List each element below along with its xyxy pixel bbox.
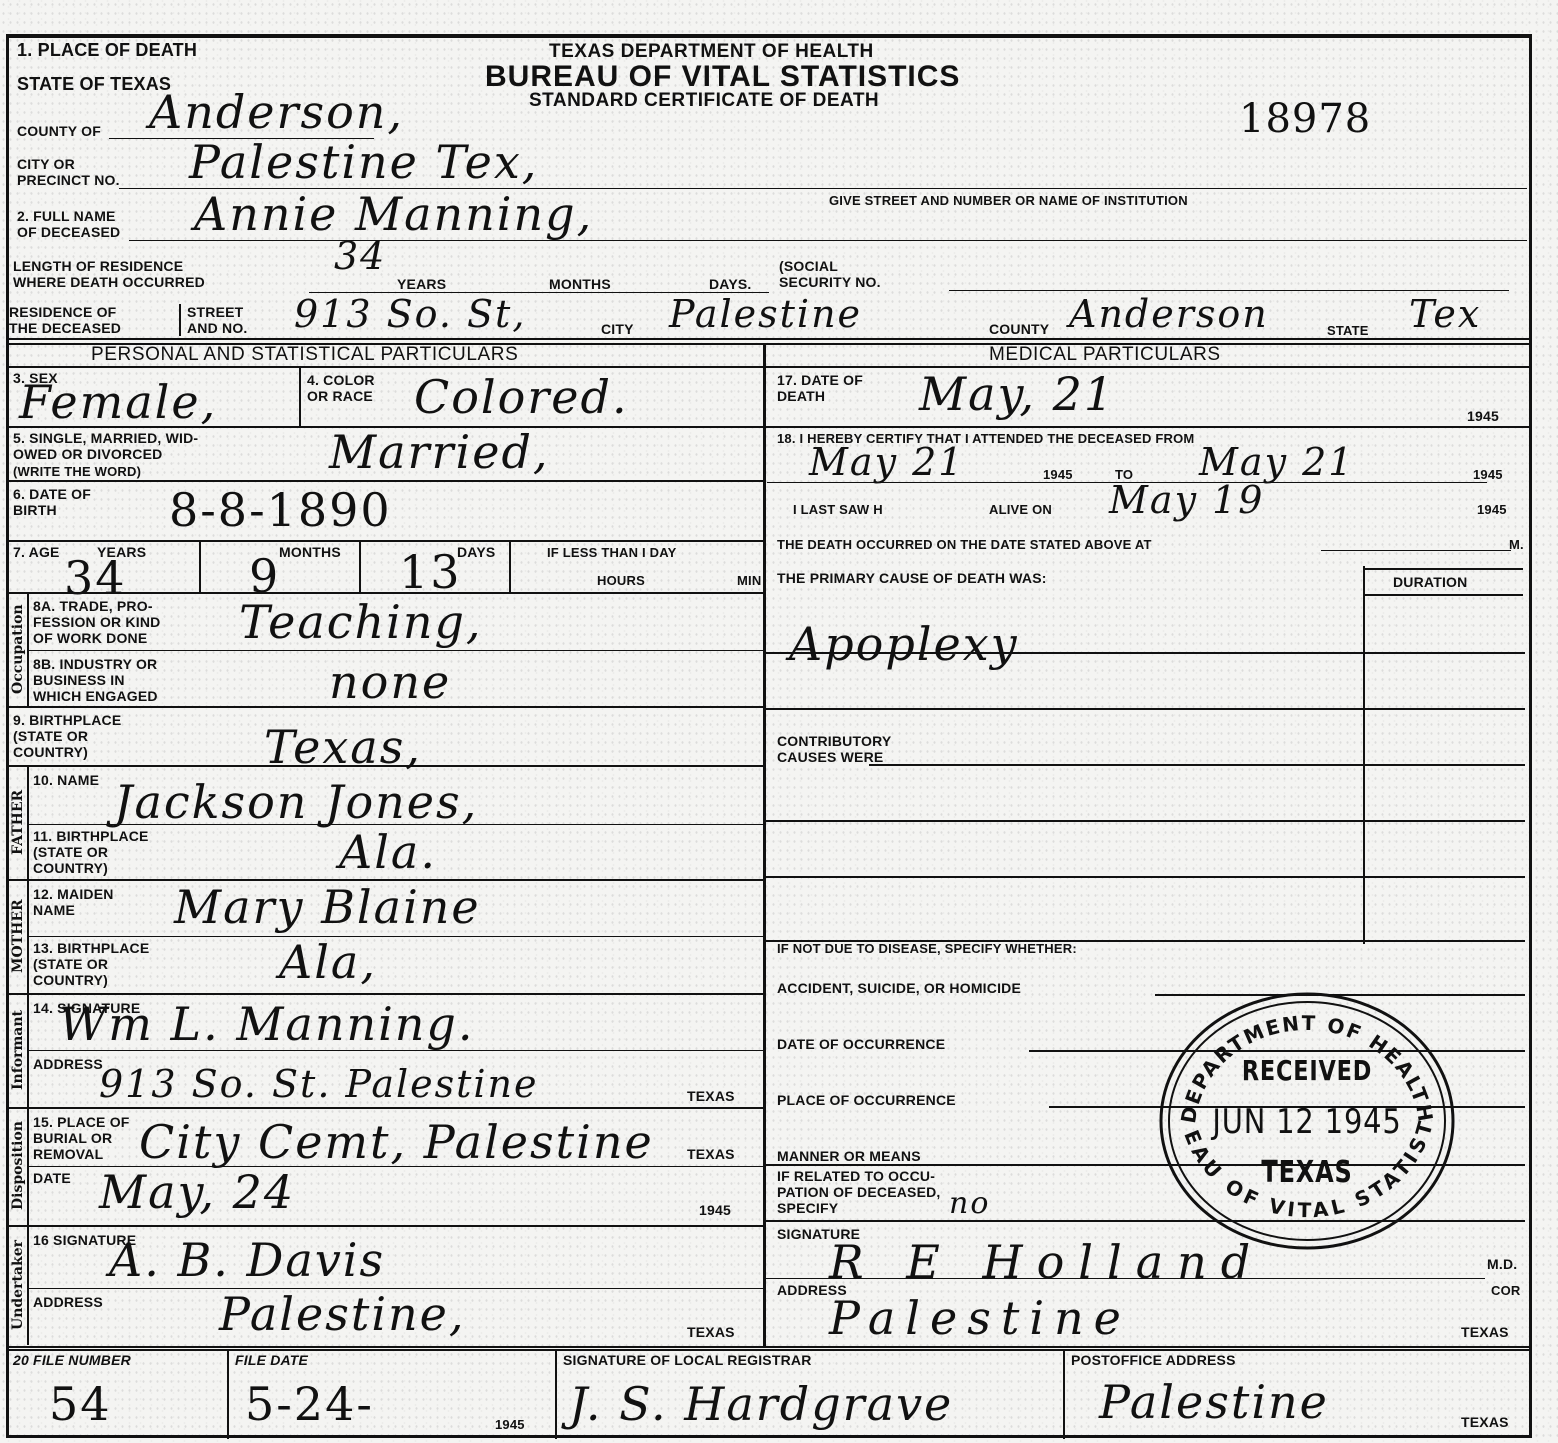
city-label: CITY OR PRECINCT NO. [17, 156, 120, 188]
industry-value: none [329, 658, 451, 706]
divider [9, 1346, 1529, 1348]
mother-side-label: MOTHER [10, 880, 26, 992]
file-date-value: 5-24- [245, 1380, 374, 1428]
stamp-state: TEXAS [1187, 1155, 1427, 1190]
undertaker-side-label: Undertaker [10, 1226, 26, 1344]
divider [1063, 1349, 1065, 1439]
res-city-value: Palestine [669, 294, 862, 334]
certificate-number: 18978 [1239, 96, 1371, 142]
death-time-suffix: M. [1509, 538, 1524, 552]
last-saw-alive-on: ALIVE ON [989, 503, 1052, 517]
attended-from-year: 1945 [1043, 468, 1073, 482]
texas-label: TEXAS [1461, 1414, 1509, 1430]
death-time-label: THE DEATH OCCURRED ON THE DATE STATED AB… [777, 538, 1152, 552]
divider [9, 480, 763, 482]
days-label: DAYS. [709, 276, 752, 292]
divider [509, 540, 511, 592]
attended-to-year: 1945 [1473, 468, 1503, 482]
cause-line [765, 876, 1525, 878]
last-saw-label: I LAST SAW H [793, 503, 883, 517]
burial-year: 1945 [699, 1202, 731, 1218]
divider [199, 540, 201, 592]
file-number-label: 20 FILE NUMBER [13, 1352, 131, 1368]
age-label: 7. AGE [13, 544, 60, 560]
race-value: Colored. [414, 373, 629, 421]
undertaker-signature-value: A. B. Davis [109, 1236, 385, 1284]
full-name-value: Annie Manning, [194, 190, 593, 238]
industry-label: 8B. INDUSTRY OR BUSINESS IN WHICH ENGAGE… [33, 656, 158, 704]
texas-label: TEXAS [687, 1146, 735, 1162]
duration-divider [1363, 566, 1365, 944]
min-label: MIN [737, 574, 761, 588]
primary-cause-value: Apoplexy [789, 620, 1019, 668]
res-state-value: Tex [1409, 294, 1481, 334]
medical-section-title: MEDICAL PARTICULARS [989, 344, 1221, 366]
divider [555, 1349, 557, 1439]
sex-value: Female, [19, 378, 217, 426]
divider [27, 1050, 763, 1051]
death-time-field [1321, 550, 1511, 551]
texas-label: TEXAS [687, 1088, 735, 1104]
trade-label: 8A. TRADE, PRO- FESSION OR KIND OF WORK … [33, 598, 160, 646]
informant-address-label: ADDRESS [33, 1056, 103, 1072]
divider [227, 1349, 229, 1439]
county-value: Anderson, [149, 88, 404, 136]
last-saw-value: May 19 [1109, 480, 1264, 520]
divider [9, 592, 763, 594]
divider [9, 1349, 1529, 1351]
father-side-label: FATHER [10, 766, 26, 878]
race-label: 4. COLOR OR RACE [307, 372, 375, 404]
father-name-value: Jackson Jones, [114, 778, 478, 826]
birthplace-value: Texas, [264, 723, 422, 771]
divider [27, 765, 29, 879]
manner-label: MANNER OR MEANS [777, 1148, 921, 1164]
divider [27, 650, 763, 651]
age-years-value: 34 [64, 554, 127, 602]
residence-length-label: LENGTH OF RESIDENCE WHERE DEATH OCCURRED [13, 258, 205, 290]
full-name-label: 2. FULL NAME OF DECEASED [17, 208, 120, 240]
city-value: Palestine Tex, [189, 138, 538, 186]
burial-label: 15. PLACE OF BURIAL OR REMOVAL [33, 1114, 130, 1162]
months-label: MONTHS [549, 276, 611, 292]
place-of-death-label: 1. PLACE OF DEATH [17, 42, 197, 59]
postoffice-label: POSTOFFICE ADDRESS [1071, 1352, 1236, 1368]
occupation-side-label: Occupation [10, 594, 26, 704]
ssn-field [949, 290, 1509, 291]
accident-label: ACCIDENT, SUICIDE, OR HOMICIDE [777, 980, 1021, 996]
occurrence-place-label: PLACE OF OCCURRENCE [777, 1092, 956, 1108]
years-label: YEARS [397, 276, 446, 292]
form-title: STANDARD CERTIFICATE OF DEATH [529, 90, 879, 112]
age-days-label: DAYS [457, 544, 495, 560]
informant-side-label: Informant [10, 994, 26, 1106]
mother-birthplace-label: 13. BIRTHPLACE (STATE OR COUNTRY) [33, 940, 149, 988]
county-label: COUNTY OF [17, 123, 101, 139]
texas-label: TEXAS [1461, 1324, 1509, 1340]
occupation-related-label: IF RELATED TO OCCU- PATION OF DECEASED, … [777, 1168, 941, 1216]
cause-line [869, 764, 1525, 766]
divider [27, 1225, 29, 1345]
divider [9, 338, 1529, 340]
trade-value: Teaching, [239, 598, 483, 646]
dob-label: 6. DATE OF BIRTH [13, 486, 91, 518]
duration-label: DURATION [1393, 574, 1467, 590]
date-of-death-year: 1945 [1467, 408, 1499, 424]
primary-cause-label: THE PRIMARY CAUSE OF DEATH WAS: [777, 570, 1047, 586]
burial-date-value: May, 24 [99, 1168, 295, 1216]
divider [9, 1107, 763, 1109]
bureau-title: BUREAU OF VITAL STATISTICS [485, 60, 960, 94]
street-label: STREET AND NO. [187, 304, 248, 336]
street-value: 913 So. St, [294, 294, 526, 334]
institution-hint: GIVE STREET AND NUMBER OR NAME OF INSTIT… [829, 194, 1188, 208]
divider [359, 540, 361, 592]
cor-label: COR [1491, 1284, 1521, 1298]
undertaker-address-value: Palestine, [219, 1290, 466, 1338]
divider [9, 540, 763, 542]
registrar-label: SIGNATURE OF LOCAL REGISTRAR [563, 1352, 812, 1368]
divider [9, 366, 1529, 368]
divider [1363, 594, 1523, 596]
residence-label: RESIDENCE OF THE DECEASED [9, 304, 121, 336]
hours-label: HOURS [597, 574, 645, 588]
burial-value: City Cemt, Palestine [139, 1118, 654, 1166]
res-county-value: Anderson [1069, 294, 1269, 334]
res-city-label: CITY [601, 321, 634, 337]
divider [9, 993, 763, 995]
attended-from-value: May 21 [809, 442, 964, 482]
stamp-date: JUN 12 1945 [1180, 1102, 1435, 1142]
md-label: M.D. [1487, 1256, 1517, 1272]
father-birthplace-label: 11. BIRTHPLACE (STATE OR COUNTRY) [33, 828, 149, 876]
contributory-label: CONTRIBUTORY CAUSES WERE [777, 733, 891, 765]
divider [765, 426, 1529, 428]
undertaker-address-label: ADDRESS [33, 1294, 103, 1310]
file-number-value: 54 [49, 1380, 112, 1428]
postoffice-value: Palestine [1099, 1378, 1329, 1426]
occupation-related-value: no [949, 1188, 990, 1220]
dob-value: 8-8-1890 [169, 486, 392, 534]
column-divider [763, 344, 766, 1348]
cause-line [765, 820, 1525, 822]
res-county-label: COUNTY [989, 321, 1049, 337]
burial-date-label: DATE [33, 1170, 71, 1186]
less-than-day-label: IF LESS THAN I DAY [547, 546, 677, 560]
stamp-received: RECEIVED [1187, 1054, 1427, 1087]
cause-line [765, 708, 1525, 710]
mother-name-value: Mary Blaine [174, 883, 481, 931]
residence-divider [179, 304, 181, 336]
date-of-death-value: May, 21 [919, 370, 1115, 418]
attended-to-value: May 21 [1199, 442, 1354, 482]
occurrence-date-label: DATE OF OCCURRENCE [777, 1036, 945, 1052]
divider [9, 1225, 763, 1227]
residence-years-value: 34 [334, 236, 386, 276]
marital-label: 5. SINGLE, MARRIED, WID- OWED OR DIVORCE… [13, 430, 198, 462]
registrar-signature-value: J. S. Hardgrave [569, 1380, 953, 1428]
not-disease-label: IF NOT DUE TO DISEASE, SPECIFY WHETHER: [777, 942, 1077, 956]
divider [27, 936, 763, 937]
divider [27, 592, 29, 706]
cause-line [765, 652, 1525, 654]
age-days-value: 13 [399, 548, 462, 596]
signature-line [765, 1278, 1485, 1279]
father-birthplace-value: Ala. [339, 828, 437, 876]
divider [299, 366, 301, 426]
marital-hint: (WRITE THE WORD) [13, 465, 141, 479]
age-months-label: MONTHS [279, 544, 341, 560]
file-date-label: FILE DATE [235, 1352, 308, 1368]
texas-label: TEXAS [687, 1324, 735, 1340]
informant-signature-value: Wm L. Manning. [59, 1000, 475, 1048]
divider [1363, 568, 1523, 570]
mother-name-label: 12. MAIDEN NAME [33, 886, 114, 918]
birthplace-label: 9. BIRTHPLACE (STATE OR COUNTRY) [13, 712, 121, 760]
ssn-label: (SOCIAL SECURITY NO. [779, 258, 881, 290]
file-date-year: 1945 [495, 1418, 525, 1432]
disposition-side-label: Disposition [10, 1108, 26, 1224]
personal-section-title: PERSONAL AND STATISTICAL PARTICULARS [91, 344, 518, 366]
last-saw-year: 1945 [1477, 503, 1507, 517]
marital-value: Married, [329, 428, 550, 476]
res-state-label: STATE [1327, 324, 1369, 338]
mother-birthplace-value: Ala, [279, 938, 377, 986]
informant-address-value: 913 So. St. Palestine [99, 1064, 539, 1104]
death-certificate-form: 1. PLACE OF DEATH TEXAS DEPARTMENT OF HE… [6, 34, 1532, 1438]
divider [9, 706, 763, 708]
divider [9, 765, 763, 767]
date-of-death-label: 17. DATE OF DEATH [777, 372, 863, 404]
received-stamp: DEPARTMENT OF HEALTH BUREAU OF VITAL STA… [1157, 990, 1457, 1252]
father-name-label: 10. NAME [33, 772, 99, 788]
physician-address-value: Palestine [829, 1294, 1131, 1342]
